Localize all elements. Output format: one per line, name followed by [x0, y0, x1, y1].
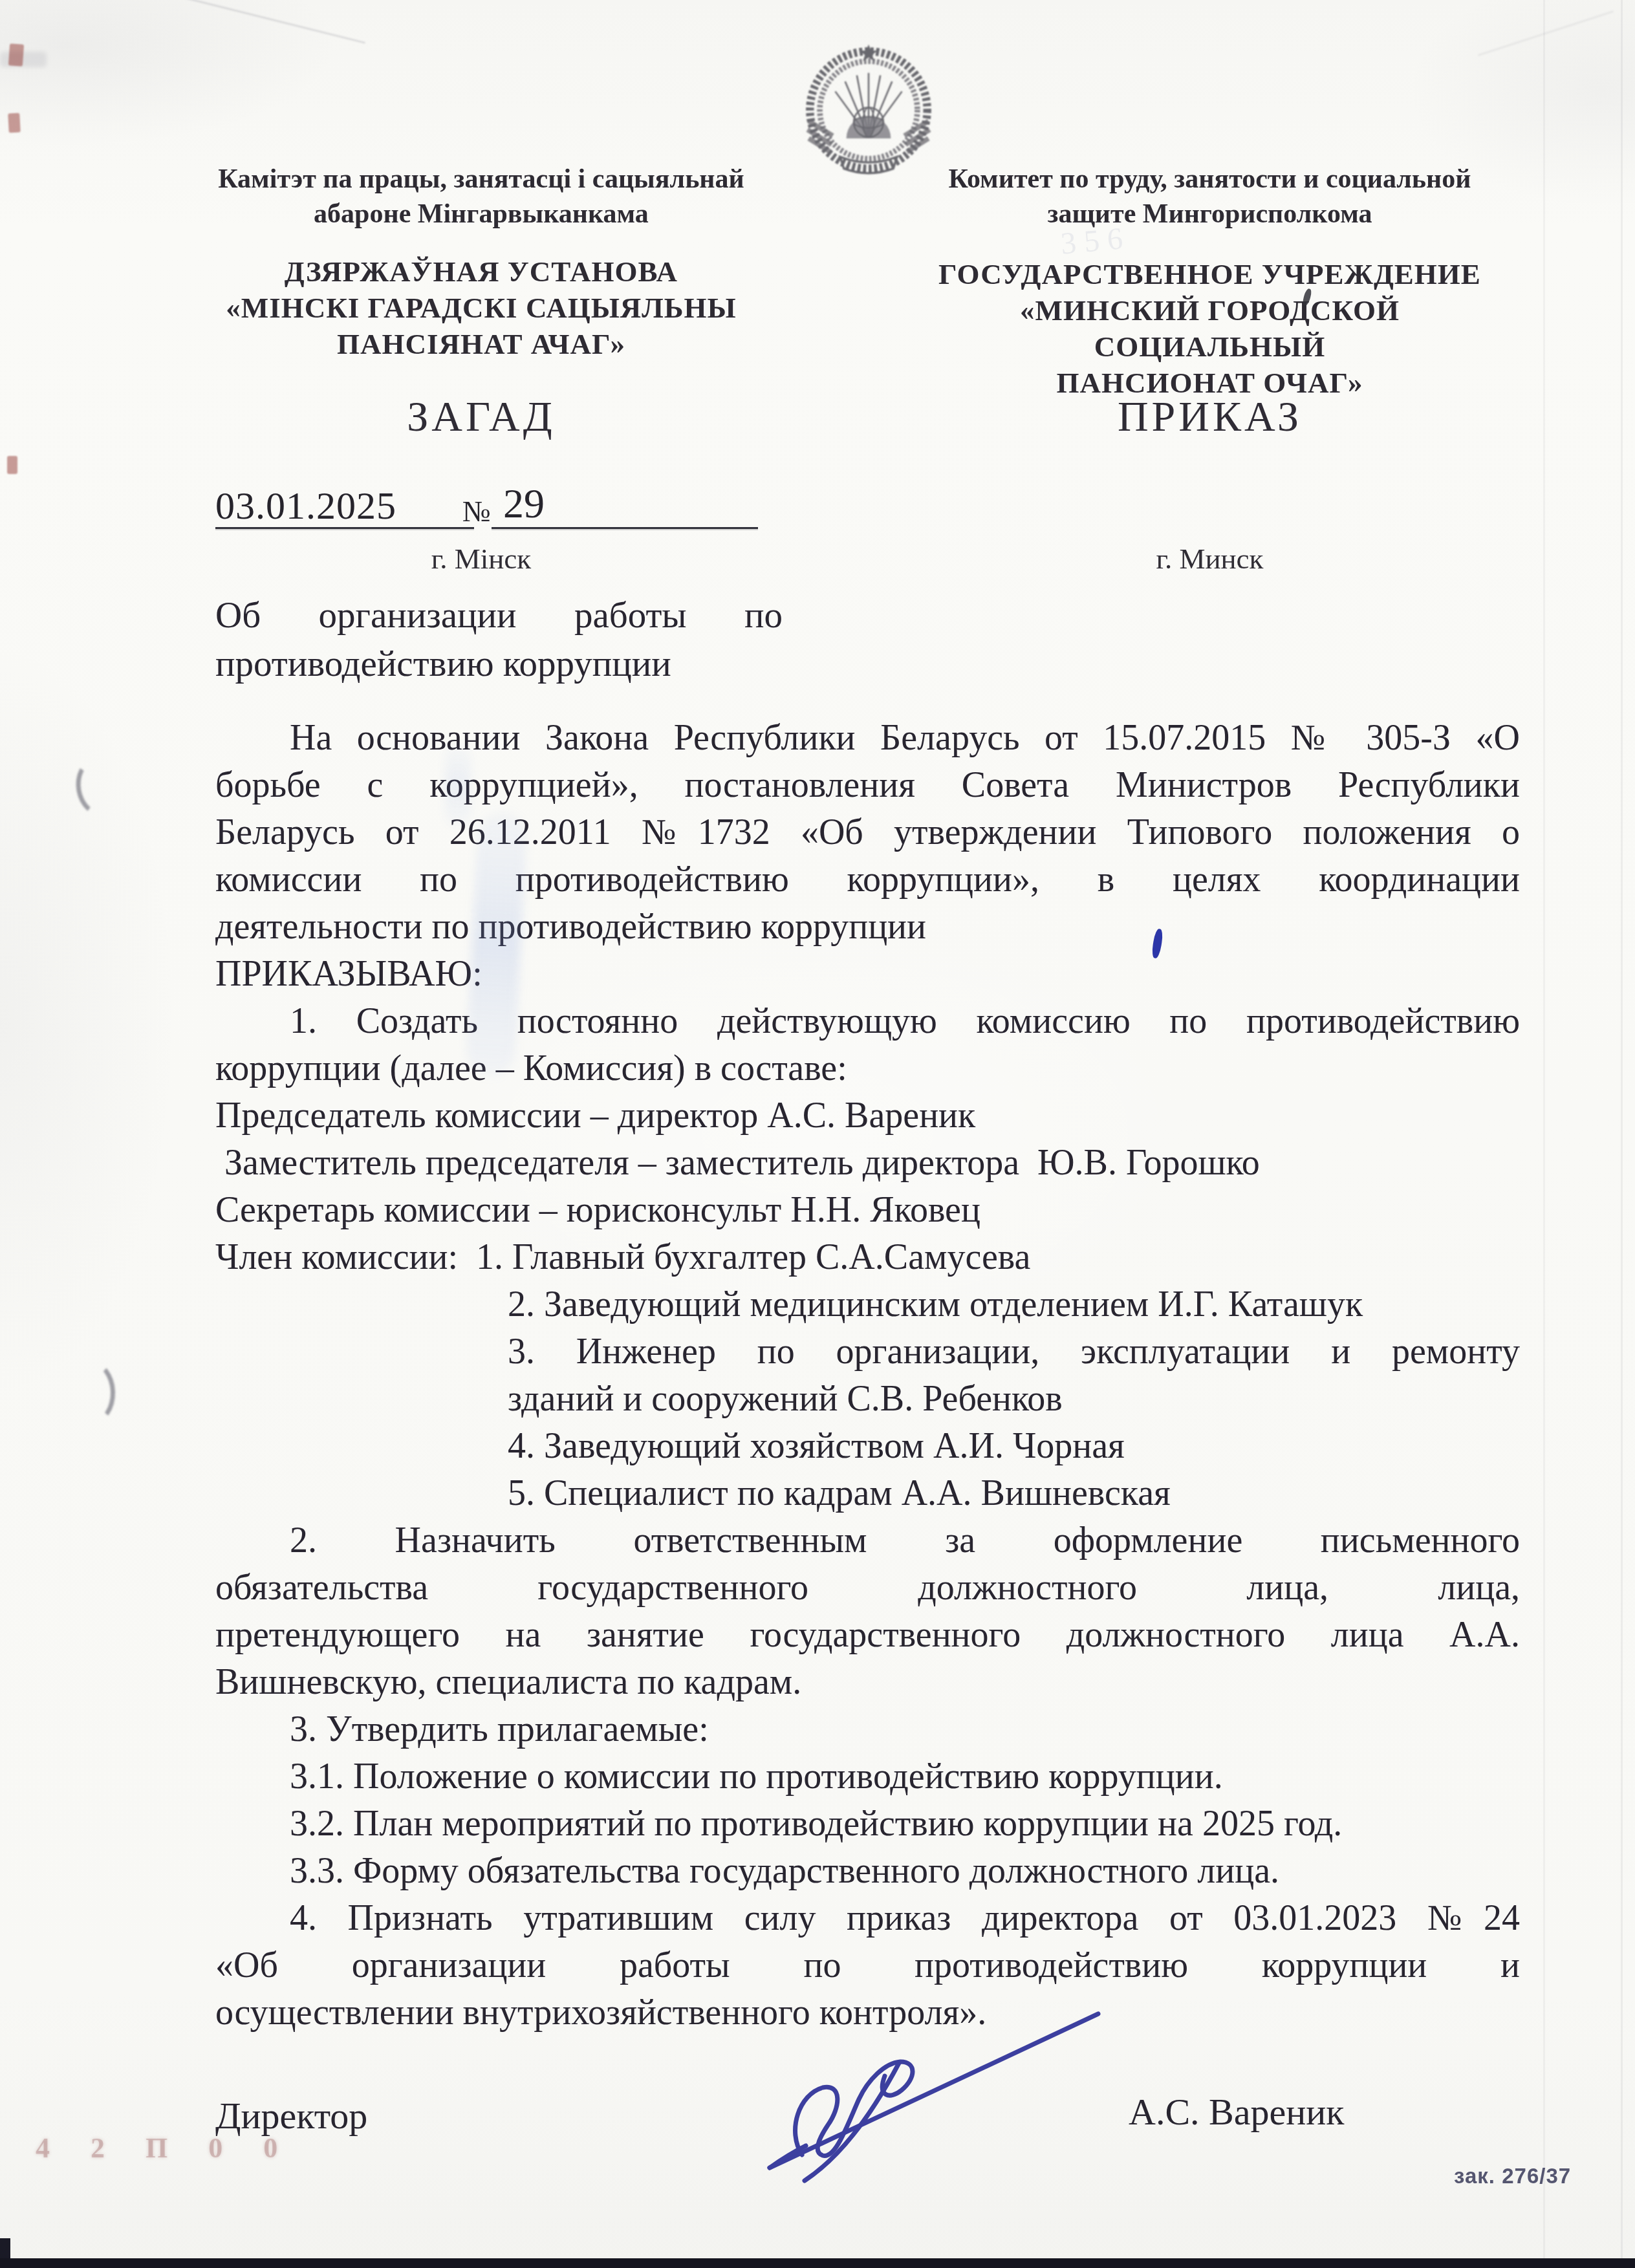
header-left-org-line2: «МІНСКІ ГАРАДСКІ САЦЫЯЛЬНЫ — [215, 290, 747, 326]
order-number-sign: № — [462, 494, 491, 528]
paper-crease — [133, 0, 365, 44]
coat-of-arms-belarus-icon — [801, 38, 937, 182]
ghost-stamp-text: 4 2 П 0 0 — [36, 2132, 294, 2165]
body-line: Член комиссии: 1. Главный бухгалтер С.А.… — [215, 1234, 1520, 1281]
body-line: коррупции (далее – Комиссия) в составе: — [215, 1045, 1520, 1092]
blue-ink-smudge — [445, 744, 471, 828]
signoff-role: Директор — [215, 2094, 367, 2137]
scan-edge-mark — [8, 113, 21, 133]
header-left-org-line3: ПАНСІЯНАТ АЧАГ» — [215, 326, 747, 362]
header-right-org-line1: ГОСУДАРСТВЕННОЕ УЧРЕЖДЕНИЕ — [904, 256, 1515, 292]
scan-edge-mark — [8, 43, 24, 66]
order-body: На основании Закона Республики Беларусь … — [215, 715, 1520, 2036]
number-underline — [492, 527, 758, 529]
ink-bleed-through: 356 — [1059, 220, 1132, 261]
body-line: «Об организации работы по противодействи… — [215, 1942, 1520, 1989]
body-line: 3.2. План мероприятий по противодействию… — [215, 1800, 1520, 1848]
place-belarusian: г. Мінск — [215, 542, 747, 576]
body-line: 3.1. Положение о комиссии по противодейс… — [215, 1753, 1520, 1800]
header-right-committee: Комитет по труду, занятости и социальной… — [904, 162, 1515, 232]
body-line: 3.3. Форму обязательства государственног… — [215, 1848, 1520, 1895]
body-line: 4. Заведующий хозяйством А.И. Чорная — [508, 1423, 1520, 1470]
body-line: Вишневскую, специалиста по кадрам. — [215, 1659, 1520, 1706]
body-line: 4. Признать утратившим силу приказ дирек… — [215, 1895, 1520, 1942]
body-line: 3. Утвердить прилагаемые: — [215, 1706, 1520, 1753]
handwritten-signature — [763, 1992, 1106, 2186]
header-right-org-line2: «МИНСКИЙ ГОРОДСКОЙ СОЦИАЛЬНЫЙ — [904, 292, 1515, 365]
body-line: противодействию коррупции — [215, 640, 783, 688]
header-left-committee-line2: абароне Мінгарвыканкама — [215, 197, 747, 232]
header-left-organization: ДЗЯРЖАЎНАЯ УСТАНОВА «МІНСКІ ГАРАДСКІ САЦ… — [215, 254, 747, 362]
header-right-committee-line2: защите Мингорисполкома — [904, 197, 1515, 232]
body-line: обязательства государственного должностн… — [215, 1564, 1520, 1612]
paper-crease — [1478, 10, 1614, 56]
body-line: ПРИКАЗЫВАЮ: — [215, 951, 1520, 998]
header-left-committee: Камітэт па працы, занятасці і сацыяльнай… — [215, 162, 747, 232]
body-line: На основании Закона Республики Беларусь … — [215, 715, 1520, 762]
body-line: борьбе с коррупцией», постановления Сове… — [215, 762, 1520, 809]
body-line: 1. Создать постоянно действующую комисси… — [215, 998, 1520, 1045]
body-line: Секретарь комиссии – юрисконсульт Н.Н. Я… — [215, 1187, 1520, 1234]
date-underline — [215, 527, 474, 529]
order-subject: Об организации работы попротиводействию … — [215, 591, 783, 688]
body-line: претендующего на занятие государственног… — [215, 1612, 1520, 1659]
print-order-code: зак. 276/37 — [1454, 2164, 1571, 2188]
place-russian: г. Минск — [904, 542, 1515, 576]
header-left-org-line1: ДЗЯРЖАЎНАЯ УСТАНОВА — [215, 254, 747, 290]
punch-hole-arc — [72, 755, 125, 819]
body-line: Беларусь от 26.12.2011 №1732 «Об утвержд… — [215, 809, 1520, 856]
header-right-committee-line1: Комитет по труду, занятости и социальной — [904, 162, 1515, 197]
order-date: 03.01.2025 — [215, 484, 396, 528]
scan-right-edge — [1621, 0, 1623, 2268]
body-line: деятельности по противодействию коррупци… — [215, 903, 1520, 951]
doc-type-belarusian: ЗАГАД — [215, 393, 747, 442]
body-line: 3. Инженер по организации, эксплуатации … — [508, 1328, 1520, 1376]
scan-edge-mark — [7, 456, 17, 474]
body-line: Заместитель председателя – заместитель д… — [215, 1139, 1520, 1187]
body-line: Об организации работы по — [215, 591, 783, 640]
scan-bottom-edge — [0, 2258, 1635, 2268]
signoff-name: А.С. Вареник — [1129, 2090, 1345, 2133]
header-left-committee-line1: Камітэт па працы, занятасці і сацыяльнай — [215, 162, 747, 197]
body-line: 2. Назначить ответственным за оформление… — [215, 1517, 1520, 1564]
body-line: Председатель комиссии – директор А.С. Ва… — [215, 1092, 1520, 1139]
body-line: зданий и сооружений С.В. Ребенков — [508, 1376, 1520, 1423]
paper-fold-line — [1543, 0, 1545, 2268]
scanned-order-document: Камітэт па працы, занятасці і сацыяльнай… — [0, 0, 1635, 2268]
header-right-organization: ГОСУДАРСТВЕННОЕ УЧРЕЖДЕНИЕ «МИНСКИЙ ГОРО… — [904, 256, 1515, 401]
body-line: 2. Заведующий медицинским отделением И.Г… — [508, 1281, 1520, 1328]
order-number: 29 — [503, 480, 545, 528]
doc-type-russian: ПРИКАЗ — [904, 393, 1515, 442]
punch-hole-arc — [67, 1360, 116, 1425]
body-line: 5. Специалист по кадрам А.А. Вишневская — [508, 1470, 1520, 1517]
body-line: комиссии по противодействию коррупции», … — [215, 856, 1520, 903]
